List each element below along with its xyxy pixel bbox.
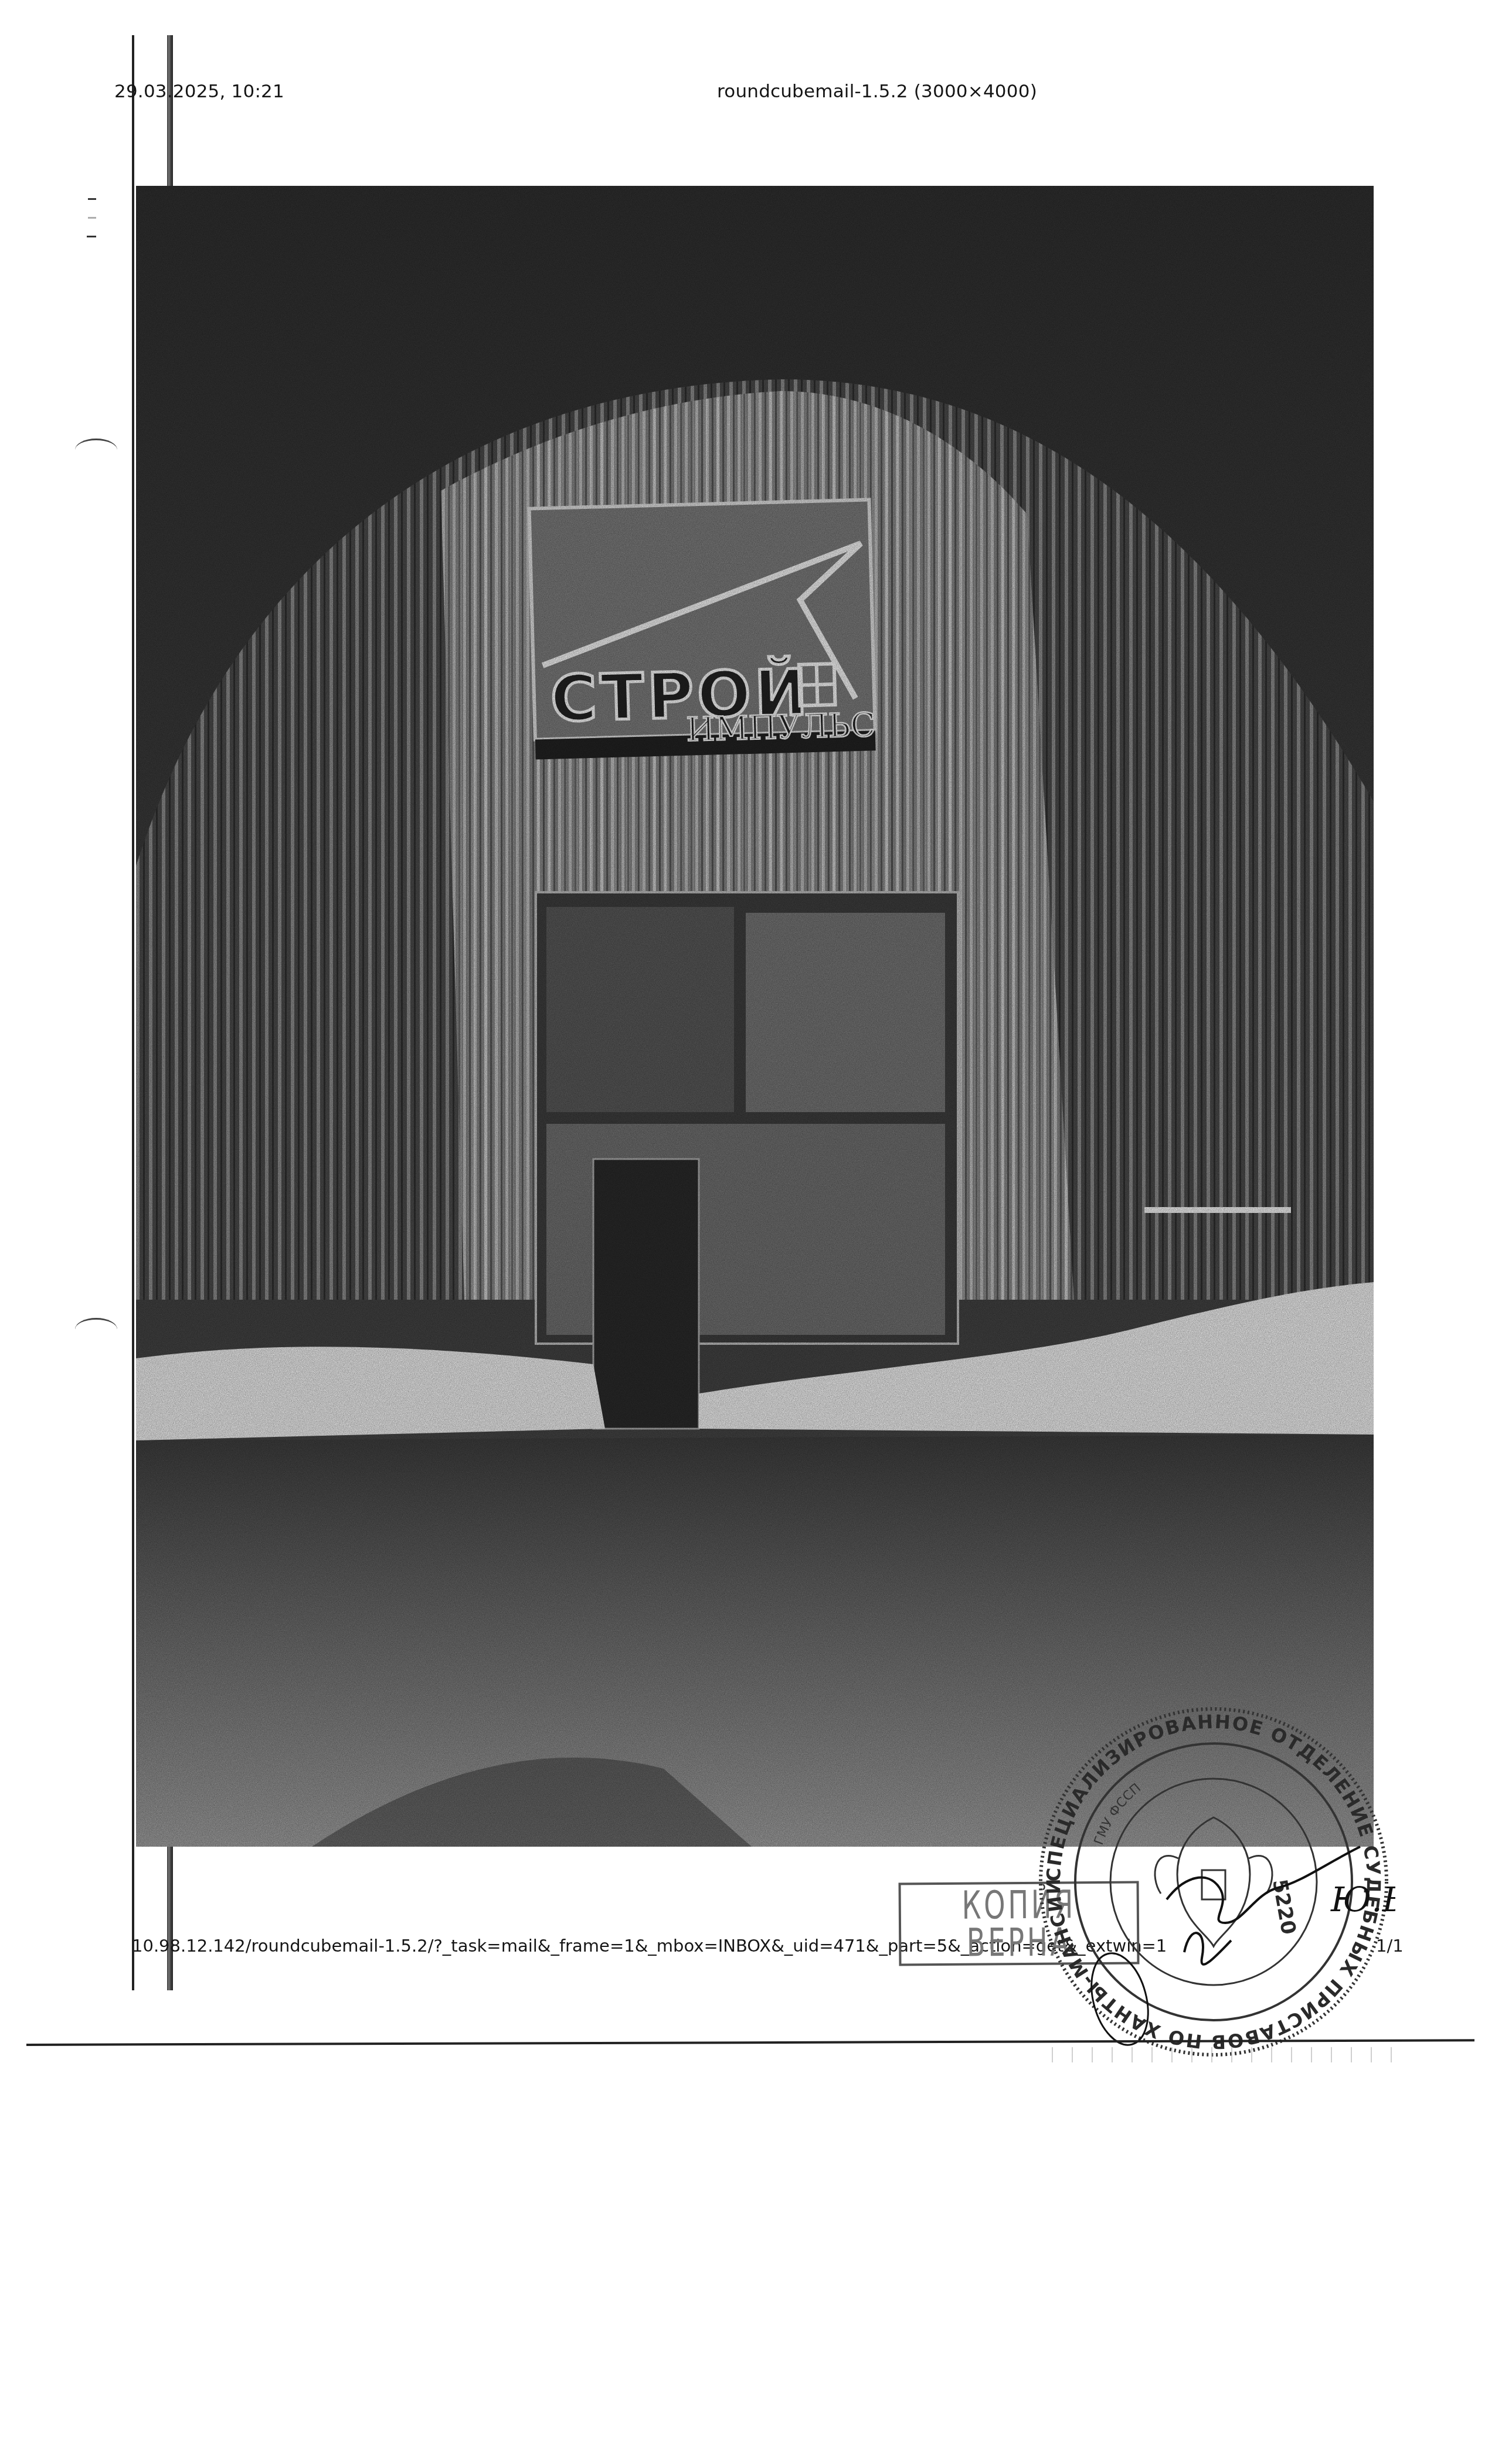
- margin-mark: [87, 236, 96, 237]
- margin-mark: [88, 198, 96, 200]
- official-round-seal: СПЕЦИАЛИЗИРОВАННОЕ ОТДЕЛЕНИЕ СУДЕБНЫХ ПР…: [1032, 1700, 1395, 2064]
- punch-hole-mark: [75, 439, 117, 461]
- svg-text:Ю.В.: Ю.В.: [1330, 1880, 1395, 1919]
- scan-artifact-ticks: [1044, 2047, 1407, 2062]
- scan-artifact-line: [132, 35, 134, 1990]
- warehouse-photo: СТРОЙ ИМПУЛЬС: [136, 186, 1374, 1847]
- punch-hole-mark: [75, 1318, 117, 1341]
- seal-icon: СПЕЦИАЛИЗИРОВАННОЕ ОТДЕЛЕНИЕ СУДЕБНЫХ ПР…: [1032, 1700, 1395, 2064]
- margin-mark: [88, 217, 96, 219]
- print-page-title: roundcubemail-1.5.2 (3000×4000): [717, 81, 1037, 102]
- warehouse-photo-drawing: СТРОЙ ИМПУЛЬС: [136, 186, 1374, 1847]
- print-datetime: 29.03.2025, 10:21: [114, 81, 284, 102]
- svg-text:СПЕЦИАЛИЗИРОВАННОЕ ОТДЕЛЕНИЕ С: СПЕЦИАЛИЗИРОВАННОЕ ОТДЕЛЕНИЕ СУДЕБНЫХ ПР…: [1032, 1700, 1385, 2053]
